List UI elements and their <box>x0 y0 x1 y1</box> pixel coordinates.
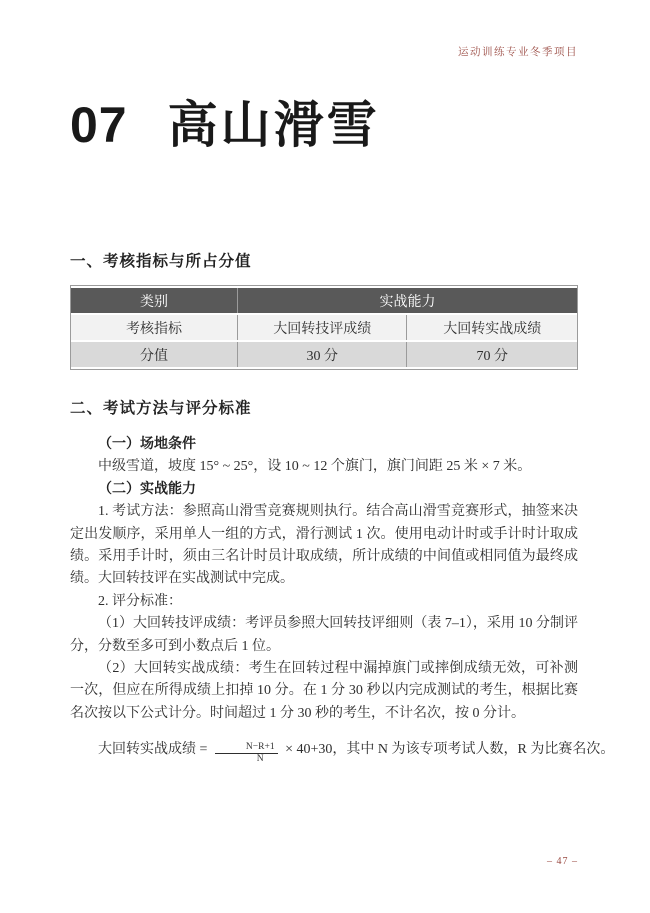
cell-indicator-technique: 大回转技评成绩 <box>238 315 408 340</box>
section-heading-indicators: 一、考核指标与所占分值 <box>70 249 578 271</box>
chapter-title: 07高山滑雪 <box>70 100 578 150</box>
chapter-number: 07 <box>70 97 128 153</box>
cell-indicator-label: 考核指标 <box>71 315 238 340</box>
page-number: – 47 – <box>547 856 578 867</box>
section-body: （一）场地条件 中级雪道，坡度 15° ~ 25°，设 10 ~ 12 个旗门，… <box>70 434 578 765</box>
cell-score-technique: 30 分 <box>238 342 408 367</box>
paragraph-scoring-label: 2. 评分标准： <box>70 591 578 613</box>
formula-line: 大回转实战成绩 = N−R+1 N × 40+30，其中 N 为该专项考试人数，… <box>70 735 578 765</box>
paragraph-test-method: 1. 考试方法：参照高山滑雪竞赛规则执行。结合高山滑雪竞赛形式，抽签来决定出发顺… <box>70 501 578 591</box>
chapter-name: 高山滑雪 <box>168 97 380 153</box>
subheading-practical-ability: （二）实战能力 <box>70 479 578 501</box>
document-page: 运动训练专业冬季项目 07高山滑雪 一、考核指标与所占分值 类别 实战能力 考核… <box>0 0 650 913</box>
cell-score-practical: 70 分 <box>407 342 577 367</box>
score-table: 类别 实战能力 考核指标 大回转技评成绩 大回转实战成绩 分值 30 分 70 … <box>70 285 578 370</box>
table-header-row: 类别 实战能力 <box>71 288 577 313</box>
formula-denominator: N <box>215 754 278 765</box>
section-heading-methods: 二、考试方法与评分标准 <box>70 396 578 418</box>
paragraph-venue-conditions: 中级雪道，坡度 15° ~ 25°，设 10 ~ 12 个旗门，旗门间距 25 … <box>70 456 578 478</box>
table-row-indicators: 考核指标 大回转技评成绩 大回转实战成绩 <box>71 315 577 340</box>
paragraph-scoring-item1: （1）大回转技评成绩：考评员参照大回转技评细则（表 7–1），采用 10 分制评… <box>70 613 578 658</box>
table-header-practical-ability: 实战能力 <box>238 288 577 313</box>
table-row-scores: 分值 30 分 70 分 <box>71 342 577 367</box>
formula-fraction: N−R+1 N <box>215 743 278 765</box>
page-header: 运动训练专业冬季项目 <box>70 0 578 60</box>
paragraph-scoring-item2: （2）大回转实战成绩：考生在回转过程中漏掉旗门或摔倒成绩无效，可补测一次，但应在… <box>70 658 578 725</box>
subheading-venue-conditions: （一）场地条件 <box>70 434 578 456</box>
formula-rhs: × 40+30，其中 N 为该专项考试人数，R 为比赛名次。 <box>285 742 614 757</box>
header-running-title: 运动训练专业冬季项目 <box>458 47 578 58</box>
cell-indicator-practical: 大回转实战成绩 <box>407 315 577 340</box>
formula-lhs: 大回转实战成绩 = <box>98 742 207 757</box>
table-header-category: 类别 <box>71 288 238 313</box>
cell-score-label: 分值 <box>71 342 238 367</box>
formula-numerator: N−R+1 <box>215 743 278 755</box>
